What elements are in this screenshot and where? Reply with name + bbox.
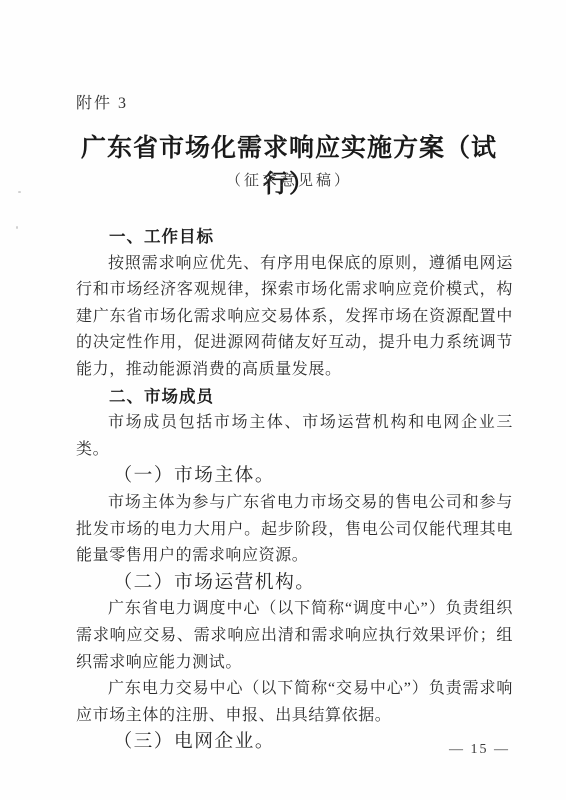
section-heading-market-members: 二、市场成员: [76, 384, 513, 411]
section-heading-work-goals: 一、工作目标: [76, 224, 513, 251]
scan-artifact: [16, 226, 18, 229]
page-number: — 15 —: [449, 742, 510, 758]
paragraph-dispatch-center: 广东省电力调度中心（以下简称“调度中心”）负责组织需求响应交易、需求响应出清和需…: [76, 596, 513, 676]
paragraph-market-members: 市场成员包括市场主体、市场运营机构和电网企业三类。: [76, 410, 513, 463]
subheading-market-subjects: （一）市场主体。: [76, 463, 513, 490]
paragraph-trading-center: 广东电力交易中心（以下简称“交易中心”）负责需求响应市场主体的注册、申报、出具结…: [76, 676, 513, 729]
paragraph-market-subjects: 市场主体为参与广东省电力市场交易的售电公司和参与批发市场的电力大用户。起步阶段，…: [76, 490, 513, 570]
subheading-grid-enterprise: （三）电网企业。: [76, 729, 513, 756]
document-subtitle: （征求意见稿）: [64, 169, 514, 190]
attachment-label: 附件 3: [76, 90, 128, 113]
subheading-market-operators: （二）市场运营机构。: [76, 570, 513, 597]
paragraph-work-goals: 按照需求响应优先、有序用电保底的原则，遵循电网运行和市场经济客观规律，探索市场化…: [76, 251, 513, 384]
scan-artifact: [18, 191, 21, 193]
document-page: 附件 3 广东省市场化需求响应实施方案（试行） （征求意见稿） 一、工作目标 按…: [0, 0, 566, 800]
document-body: 一、工作目标 按照需求响应优先、有序用电保底的原则，遵循电网运行和市场经济客观规…: [76, 224, 513, 756]
